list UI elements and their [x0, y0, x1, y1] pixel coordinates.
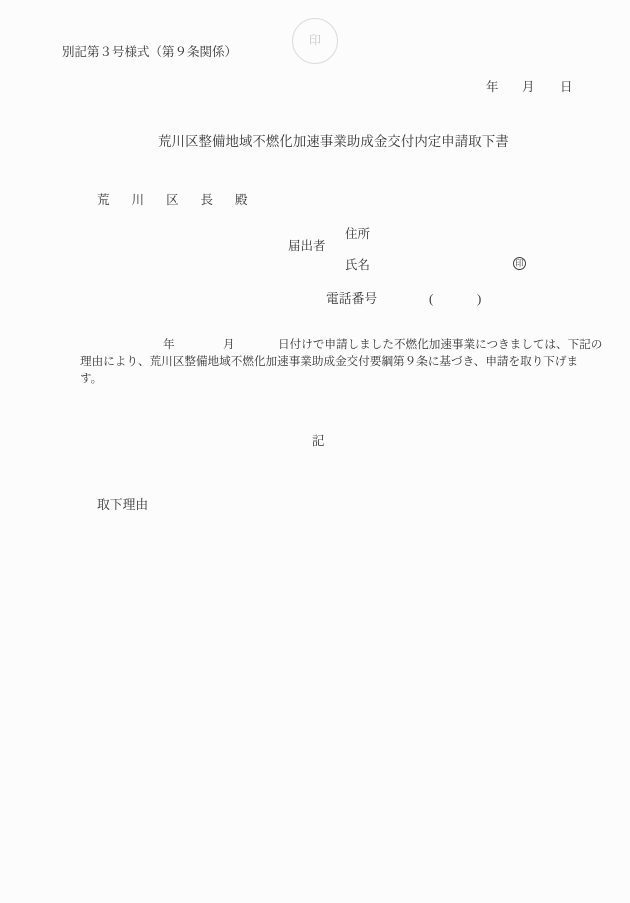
page-title: 荒川区整備地域不燃化加速事業助成金交付内定申請取下書: [158, 134, 509, 149]
addressee-line: 荒川区長殿: [97, 193, 270, 207]
body-paragraph-line-1: 年 月 日付けで申請しました不燃化加速事業につきましては、下記の: [0, 338, 630, 353]
phone-field-label: 電話番号: [326, 292, 377, 307]
document-page: 別記第３号様式（第９条関係） 印 年 月 日 荒川区整備地域不燃化加速事業助成金…: [0, 0, 630, 903]
phone-paren-open: (: [429, 292, 433, 307]
body-line-1-text: 日付けで申請しました不燃化加速事業につきましては、下記の: [278, 338, 602, 351]
withdrawal-reason-label: 取下理由: [97, 498, 148, 513]
body-paragraph-line-2: 理由により、荒川区整備地域不燃化加速事業助成金交付要綱第９条に基づき、申請を取り…: [80, 355, 578, 368]
record-section-marker: 記: [312, 434, 325, 448]
body-month-blank-label: 月: [223, 338, 235, 351]
address-field-label: 住所: [345, 227, 370, 241]
seal-placeholder-icon: 印: [309, 34, 321, 48]
seal-mark-character: 印: [515, 259, 524, 269]
body-year-blank-label: 年: [163, 338, 175, 351]
declarant-role-label: 届出者: [288, 239, 326, 253]
date-day-label: 日: [560, 80, 573, 94]
date-month-label: 月: [522, 80, 535, 94]
form-id-label: 別記第３号様式（第９条関係）: [62, 45, 237, 59]
phone-paren-close: ): [477, 292, 481, 307]
date-line: 年 月 日: [0, 80, 630, 96]
seal-placeholder-circle: 印: [292, 18, 338, 64]
body-paragraph-line-3: す。: [80, 372, 102, 385]
date-year-label: 年: [486, 80, 499, 94]
name-field-label: 氏名: [345, 258, 370, 272]
seal-mark-icon: 印: [513, 257, 526, 270]
